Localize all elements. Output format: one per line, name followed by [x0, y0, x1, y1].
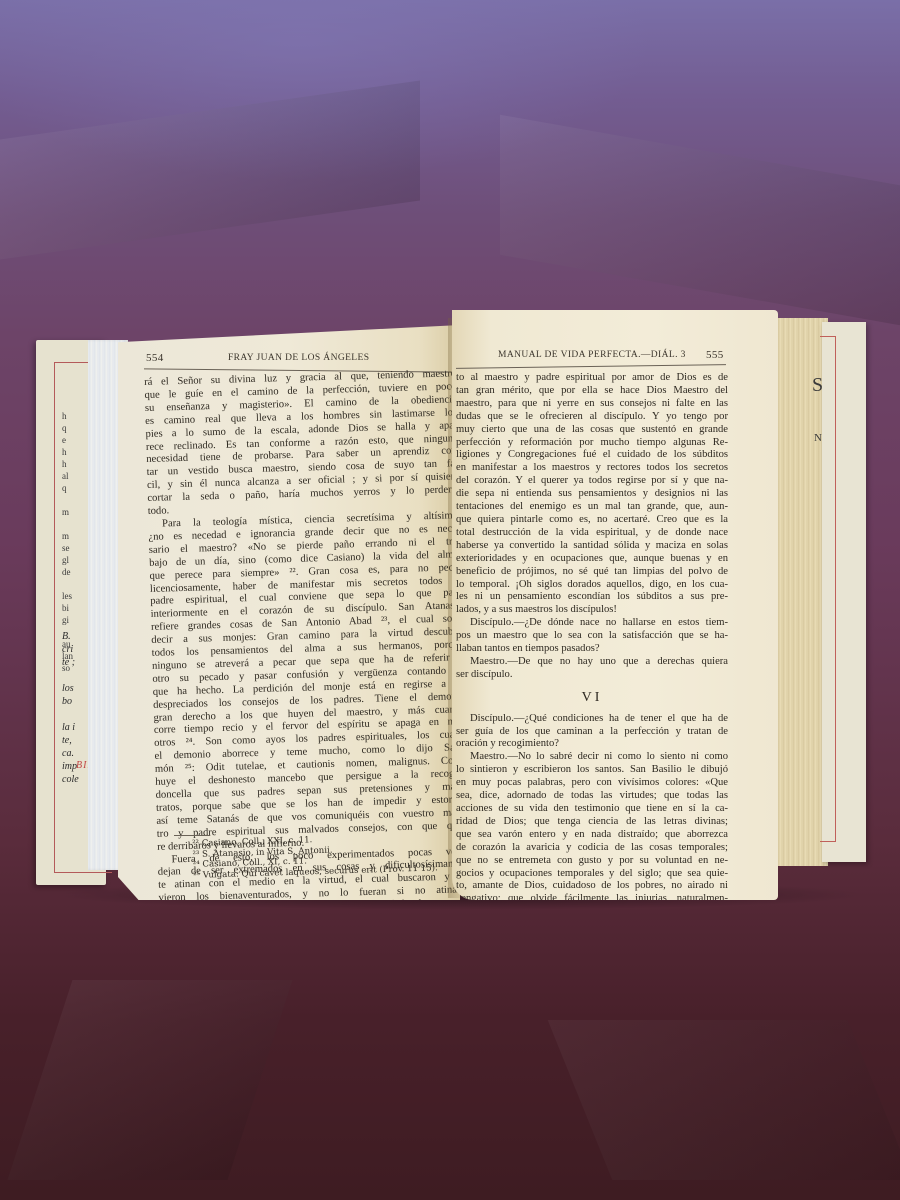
text-line: Discípulo.—¿Qué condiciones ha de tener … [456, 713, 728, 726]
left-page-body: rá el Señor su divina luz y gracia al qu… [144, 368, 460, 900]
footnote-rule [174, 835, 210, 836]
text-line: pos un maestro que lo sea con la satisfa… [456, 630, 728, 643]
text-line: tan gran mérito, que por ella se hace Di… [456, 385, 728, 398]
text-line: que no se entremeta con gusto y por su v… [456, 855, 728, 868]
text-line: exterioridades y en ocupaciones que, aun… [456, 553, 728, 566]
text-line: perfección y reformación por mucho tiemp… [456, 437, 728, 450]
text-line: llaban tantos en tiempos pasados? [456, 643, 728, 656]
header-rule [456, 364, 726, 369]
text-line: Discípulo.—¿De dónde nace no hallarse en… [456, 617, 728, 630]
text-line: ligiones y Congregaciones fué el cuidado… [456, 449, 728, 462]
cloth-fold [0, 80, 420, 259]
text-line: ridad de Dios; que tenga ciencia de las … [456, 816, 728, 829]
text-line: vengativo; que olvide fácilmente las inj… [456, 893, 728, 900]
text-line: gocios y ocupaciones temporales y del si… [456, 868, 728, 881]
page-number: 554 [146, 352, 164, 364]
page-number: 555 [706, 349, 724, 361]
text-line: que sea varón entero y en nada distraído… [456, 829, 728, 842]
text-line: Maestro.—No lo sabré decir ni como lo si… [456, 751, 728, 764]
text-line: maestro, para que ni yerre en sus consej… [456, 398, 728, 411]
text-line: total destrucción de la vida espiritual,… [456, 527, 728, 540]
text-line: les ni un pensamiento escondían los súbd… [456, 591, 728, 604]
text-line: en muy pocas palabras, pero con vivísimo… [456, 777, 728, 790]
text-line: lados, y a sus maestros los discípulos! [456, 604, 728, 617]
running-head: MANUAL DE VIDA PERFECTA.—DIÁL. 3 555 [452, 338, 778, 356]
text-line: sea, dice, adornado de todas las virtude… [456, 790, 728, 803]
text-line: lo sintieron y escribieron los santos. S… [456, 764, 728, 777]
text-line: en manifestar a los maestros y rectores … [456, 462, 728, 475]
text-line: to, amante de Dios, cuidadoso de los pob… [456, 880, 728, 893]
text-line: muy cierto que una de las cosas que sust… [456, 424, 728, 437]
right-page-body: to al maestro y padre espiritual por amo… [456, 372, 728, 900]
jacket-red-frame [820, 336, 836, 842]
text-line: die sepa ni entienda sus pensamientos y … [456, 488, 728, 501]
text-line: ser discípulo. [456, 669, 728, 682]
text-line: beneficio de prójimos, no sé qué tan lim… [456, 566, 728, 579]
jacket-letter: N [814, 432, 822, 444]
text-line: ser guía de los que caminan a la perfecc… [456, 726, 728, 739]
text-line: de corazón la avaricia y codicia de las … [456, 842, 728, 855]
text-line: oración y recogimiento? [456, 738, 728, 751]
dust-jacket-right-flap: S N [822, 322, 866, 862]
cloth-fold [500, 115, 900, 326]
text-line: to al maestro y padre espiritual por amo… [456, 372, 728, 385]
section-heading: VI [456, 692, 728, 705]
running-head-title: FRAY JUAN DE LOS ÁNGELES [228, 353, 369, 363]
right-page: MANUAL DE VIDA PERFECTA.—DIÁL. 3 555 to … [452, 310, 778, 900]
cloth-fold [8, 980, 293, 1180]
text-line: tentaciones del enemigo es un mal tan gr… [456, 501, 728, 514]
jacket-letter: S [812, 374, 823, 397]
cloth-fold [548, 1020, 900, 1180]
left-page: 554 FRAY JUAN DE LOS ÁNGELES rá el Señor… [118, 325, 460, 900]
text-line: del corazón. Y el querer ya todos regirs… [456, 475, 728, 488]
text-line: Maestro.—De que no hay uno que a derecha… [456, 656, 728, 669]
text-line: haberse ya convertido la santidad sólida… [456, 540, 728, 553]
running-head-title: MANUAL DE VIDA PERFECTA.—DIÁL. 3 [498, 350, 686, 360]
text-line: que quiera pintarle como es, no acertaré… [456, 514, 728, 527]
text-line: dudas que se le ofrecieren al discípulo.… [456, 411, 728, 424]
text-line: acciones de su vida den testimonio que t… [456, 803, 728, 816]
text-line: lo temporal. ¡Oh siglos dorados aquellos… [456, 579, 728, 592]
footnotes: ²² Casiano, Coll., XXI, c. 11.²³ S. Atan… [192, 831, 460, 881]
